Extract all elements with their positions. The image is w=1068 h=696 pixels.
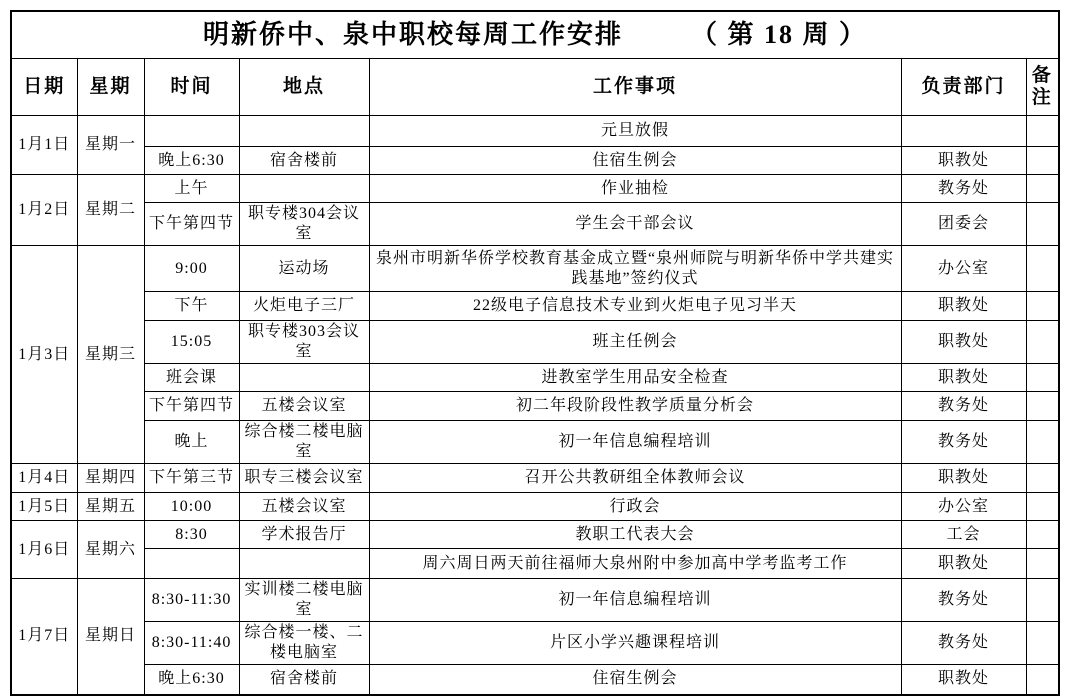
dept-cell: 教务处 [901,421,1026,464]
place-cell: 火炬电子三厂 [239,292,369,321]
note-cell [1026,493,1059,521]
task-cell: 住宿生例会 [369,147,901,175]
time-cell: 上午 [144,175,239,203]
time-cell: 8:30 [144,521,239,549]
header-note: 备注 [1026,59,1059,116]
note-cell [1026,579,1059,622]
dept-cell: 职教处 [901,147,1026,175]
note-cell [1026,622,1059,665]
note-cell [1026,246,1059,292]
dept-cell: 教务处 [901,579,1026,622]
dept-cell: 团委会 [901,203,1026,246]
header-place: 地点 [239,59,369,116]
time-cell: 晚上6:30 [144,147,239,175]
task-cell: 教职工代表大会 [369,521,901,549]
task-cell: 学生会干部会议 [369,203,901,246]
task-cell: 进教室学生用品安全检查 [369,364,901,392]
table-row: 晚上6:30 宿舍楼前 住宿生例会 职教处 [11,665,1059,695]
table-row: 8:30-11:40 综合楼一楼、二楼电脑室 片区小学兴趣课程培训 教务处 [11,622,1059,665]
table-row: 1月6日 星期六 8:30 学术报告厅 教职工代表大会 工会 [11,521,1059,549]
task-cell: 初一年信息编程培训 [369,579,901,622]
date-cell: 1月5日 [11,493,77,521]
note-cell [1026,665,1059,695]
header-weekday: 星期 [77,59,144,116]
time-cell: 班会课 [144,364,239,392]
time-cell: 下午第三节 [144,464,239,493]
dept-cell: 职教处 [901,549,1026,579]
table-row: 1月5日 星期五 10:00 五楼会议室 行政会 办公室 [11,493,1059,521]
task-cell: 作业抽检 [369,175,901,203]
header-time: 时间 [144,59,239,116]
time-cell: 下午第四节 [144,392,239,421]
task-cell: 泉州市明新华侨学校教育基金成立暨“泉州师院与明新华侨中学共建实践基地”签约仪式 [369,246,901,292]
note-cell [1026,421,1059,464]
time-cell: 下午 [144,292,239,321]
place-cell: 运动场 [239,246,369,292]
place-cell [239,175,369,203]
note-cell [1026,464,1059,493]
place-cell: 职专楼304会议室 [239,203,369,246]
dept-cell: 教务处 [901,175,1026,203]
place-cell: 学术报告厅 [239,521,369,549]
place-cell: 实训楼二楼电脑室 [239,579,369,622]
place-cell: 宿舍楼前 [239,147,369,175]
time-cell: 晚上6:30 [144,665,239,695]
place-cell [239,549,369,579]
header-date: 日期 [11,59,77,116]
task-cell: 22级电子信息技术专业到火炬电子见习半天 [369,292,901,321]
weekday-cell: 星期六 [77,521,144,579]
task-cell: 初二年段阶段性教学质量分析会 [369,392,901,421]
date-cell: 1月4日 [11,464,77,493]
header-dept: 负责部门 [901,59,1026,116]
task-cell: 初一年信息编程培训 [369,421,901,464]
weekday-cell: 星期四 [77,464,144,493]
place-cell [239,364,369,392]
date-cell: 1月1日 [11,116,77,175]
task-cell: 片区小学兴趣课程培训 [369,622,901,665]
table-row: 班会课 进教室学生用品安全检查 职教处 [11,364,1059,392]
dept-cell: 工会 [901,521,1026,549]
table-row: 晚上6:30 宿舍楼前 住宿生例会 职教处 [11,147,1059,175]
note-cell [1026,321,1059,364]
dept-cell: 教务处 [901,392,1026,421]
time-cell [144,549,239,579]
time-cell: 晚上 [144,421,239,464]
table-row: 1月3日 星期三 9:00 运动场 泉州市明新华侨学校教育基金成立暨“泉州师院与… [11,246,1059,292]
place-cell: 职专楼303会议室 [239,321,369,364]
title-main: 明新侨中、泉中职校每周工作安排 [203,20,623,49]
header-task: 工作事项 [369,59,901,116]
table-row: 1月2日 星期二 上午 作业抽检 教务处 [11,175,1059,203]
date-cell: 1月2日 [11,175,77,246]
column-header-row: 日期 星期 时间 地点 工作事项 负责部门 备注 [11,59,1059,116]
place-cell: 五楼会议室 [239,392,369,421]
weekday-cell: 星期二 [77,175,144,246]
note-cell [1026,147,1059,175]
task-cell: 班主任例会 [369,321,901,364]
note-cell [1026,203,1059,246]
table-row: 晚上 综合楼二楼电脑室 初一年信息编程培训 教务处 [11,421,1059,464]
note-cell [1026,175,1059,203]
task-cell: 召开公共教研组全体教师会议 [369,464,901,493]
dept-cell: 职教处 [901,364,1026,392]
dept-cell: 职教处 [901,464,1026,493]
task-cell: 元旦放假 [369,116,901,147]
note-cell [1026,549,1059,579]
weekday-cell: 星期三 [77,246,144,464]
task-cell: 行政会 [369,493,901,521]
date-cell: 1月7日 [11,579,77,695]
dept-cell: 职教处 [901,292,1026,321]
task-cell: 周六周日两天前往福师大泉州附中参加高中学考监考工作 [369,549,901,579]
title-row: 明新侨中、泉中职校每周工作安排（ 第 18 周 ） [11,11,1059,59]
week-number-label: （ 第 18 周 ） [691,20,867,49]
note-cell [1026,521,1059,549]
note-cell [1026,116,1059,147]
table-row: 1月7日 星期日 8:30-11:30 实训楼二楼电脑室 初一年信息编程培训 教… [11,579,1059,622]
dept-cell: 办公室 [901,493,1026,521]
note-cell [1026,392,1059,421]
place-cell: 五楼会议室 [239,493,369,521]
note-cell [1026,292,1059,321]
time-cell: 9:00 [144,246,239,292]
table-row: 周六周日两天前往福师大泉州附中参加高中学考监考工作 职教处 [11,549,1059,579]
time-cell: 8:30-11:40 [144,622,239,665]
table-row: 1月1日 星期一 元旦放假 [11,116,1059,147]
time-cell [144,116,239,147]
dept-cell: 教务处 [901,622,1026,665]
time-cell: 10:00 [144,493,239,521]
place-cell: 职专三楼会议室 [239,464,369,493]
note-cell [1026,364,1059,392]
table-row: 1月4日 星期四 下午第三节 职专三楼会议室 召开公共教研组全体教师会议 职教处 [11,464,1059,493]
time-cell: 下午第四节 [144,203,239,246]
table-row: 下午 火炬电子三厂 22级电子信息技术专业到火炬电子见习半天 职教处 [11,292,1059,321]
dept-cell: 职教处 [901,665,1026,695]
weekday-cell: 星期日 [77,579,144,695]
date-cell: 1月3日 [11,246,77,464]
date-cell: 1月6日 [11,521,77,579]
dept-cell: 职教处 [901,321,1026,364]
dept-cell [901,116,1026,147]
dept-cell: 办公室 [901,246,1026,292]
table-row: 15:05 职专楼303会议室 班主任例会 职教处 [11,321,1059,364]
table-row: 下午第四节 五楼会议室 初二年段阶段性教学质量分析会 教务处 [11,392,1059,421]
place-cell: 综合楼一楼、二楼电脑室 [239,622,369,665]
page-title: 明新侨中、泉中职校每周工作安排（ 第 18 周 ） [11,11,1059,59]
weekly-schedule-table: 明新侨中、泉中职校每周工作安排（ 第 18 周 ） 日期 星期 时间 地点 工作… [10,10,1060,696]
place-cell: 宿舍楼前 [239,665,369,695]
table-row: 下午第四节 职专楼304会议室 学生会干部会议 团委会 [11,203,1059,246]
place-cell: 综合楼二楼电脑室 [239,421,369,464]
place-cell [239,116,369,147]
task-cell: 住宿生例会 [369,665,901,695]
time-cell: 8:30-11:30 [144,579,239,622]
weekday-cell: 星期五 [77,493,144,521]
weekday-cell: 星期一 [77,116,144,175]
time-cell: 15:05 [144,321,239,364]
